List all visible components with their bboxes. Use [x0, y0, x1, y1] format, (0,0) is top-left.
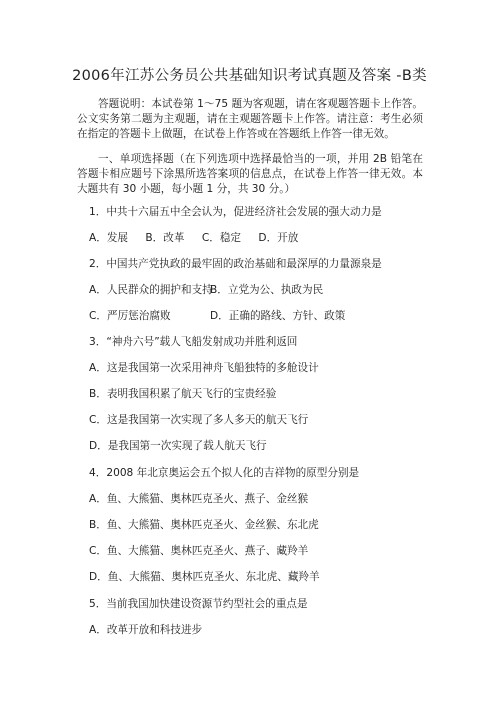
- question-1-option-b: B．改革: [145, 232, 184, 244]
- question-3-option-a: A．这是我国第一次采用神舟飞船独特的多舱设计: [89, 361, 319, 375]
- question-3-option-d: D．是我国第一次实现了载人航天飞行: [89, 439, 267, 453]
- question-3-option-b: B．表明我国积累了航天飞行的宝贵经验: [89, 387, 276, 401]
- document-page: 2006年江苏公务员公共基础知识考试真题及答案 -B类 答题说明：本试卷第 1～…: [0, 0, 499, 706]
- question-3-option-c: C．这是我国第一次实现了多人多天的航天飞行: [89, 413, 308, 427]
- question-4-option-a: A．鱼、大熊猫、奥林匹克圣火、燕子、金丝猴: [89, 492, 308, 506]
- document-title: 2006年江苏公务员公共基础知识考试真题及答案 -B类: [0, 64, 499, 85]
- question-1-option-c: C．稳定: [202, 232, 241, 244]
- question-2-option-c: C．严厉惩治腐败: [89, 309, 171, 323]
- question-4-option-b: B．鱼、大熊猫、奥林匹克圣火、金丝猴、东北虎: [89, 518, 319, 532]
- question-2-stem: 2．中国共产党执政的最牢固的政治基础和最深厚的力量源泉是: [89, 257, 382, 271]
- question-4-stem: 4．2008 年北京奥运会五个拟人化的吉祥物的原型分别是: [89, 466, 359, 480]
- answer-instructions: 答题说明：本试卷第 1～75 题为客观题，请在客观题答题卡上作答。公文实务第二题…: [77, 97, 423, 142]
- question-4-option-d: D．鱼、大熊猫、奥林匹克圣火、东北虎、藏羚羊: [89, 570, 320, 584]
- question-1-stem: 1．中共十六届五中全会认为，促进经济社会发展的强大动力是: [89, 205, 382, 219]
- question-1-options: A．发展 B．改革 C．稳定 D．开放: [89, 231, 312, 245]
- question-3-stem: 3．“神舟六号”载人飞船发射成功并胜利返回: [89, 335, 297, 349]
- question-2-option-a: A．人民群众的拥护和支持: [89, 283, 213, 297]
- section-header: 一、单项选择题（在下列选项中选择最恰当的一项，并用 2B 铅笔在答题卡相应题号下…: [77, 152, 423, 197]
- question-5-option-a: A．改革开放和科技进步: [89, 623, 202, 637]
- question-1-option-a: A．发展: [89, 232, 128, 244]
- question-1-option-d: D．开放: [258, 232, 298, 244]
- question-2-option-b: B．立党为公、执政为民: [210, 283, 323, 297]
- question-4-option-c: C．鱼、大熊猫、奥林匹克圣火、燕子、藏羚羊: [89, 544, 308, 558]
- question-5-stem: 5．当前我国加快建设资源节约型社会的重点是: [89, 597, 308, 611]
- question-2-option-d: D．正确的路线、方针、政策: [210, 309, 345, 323]
